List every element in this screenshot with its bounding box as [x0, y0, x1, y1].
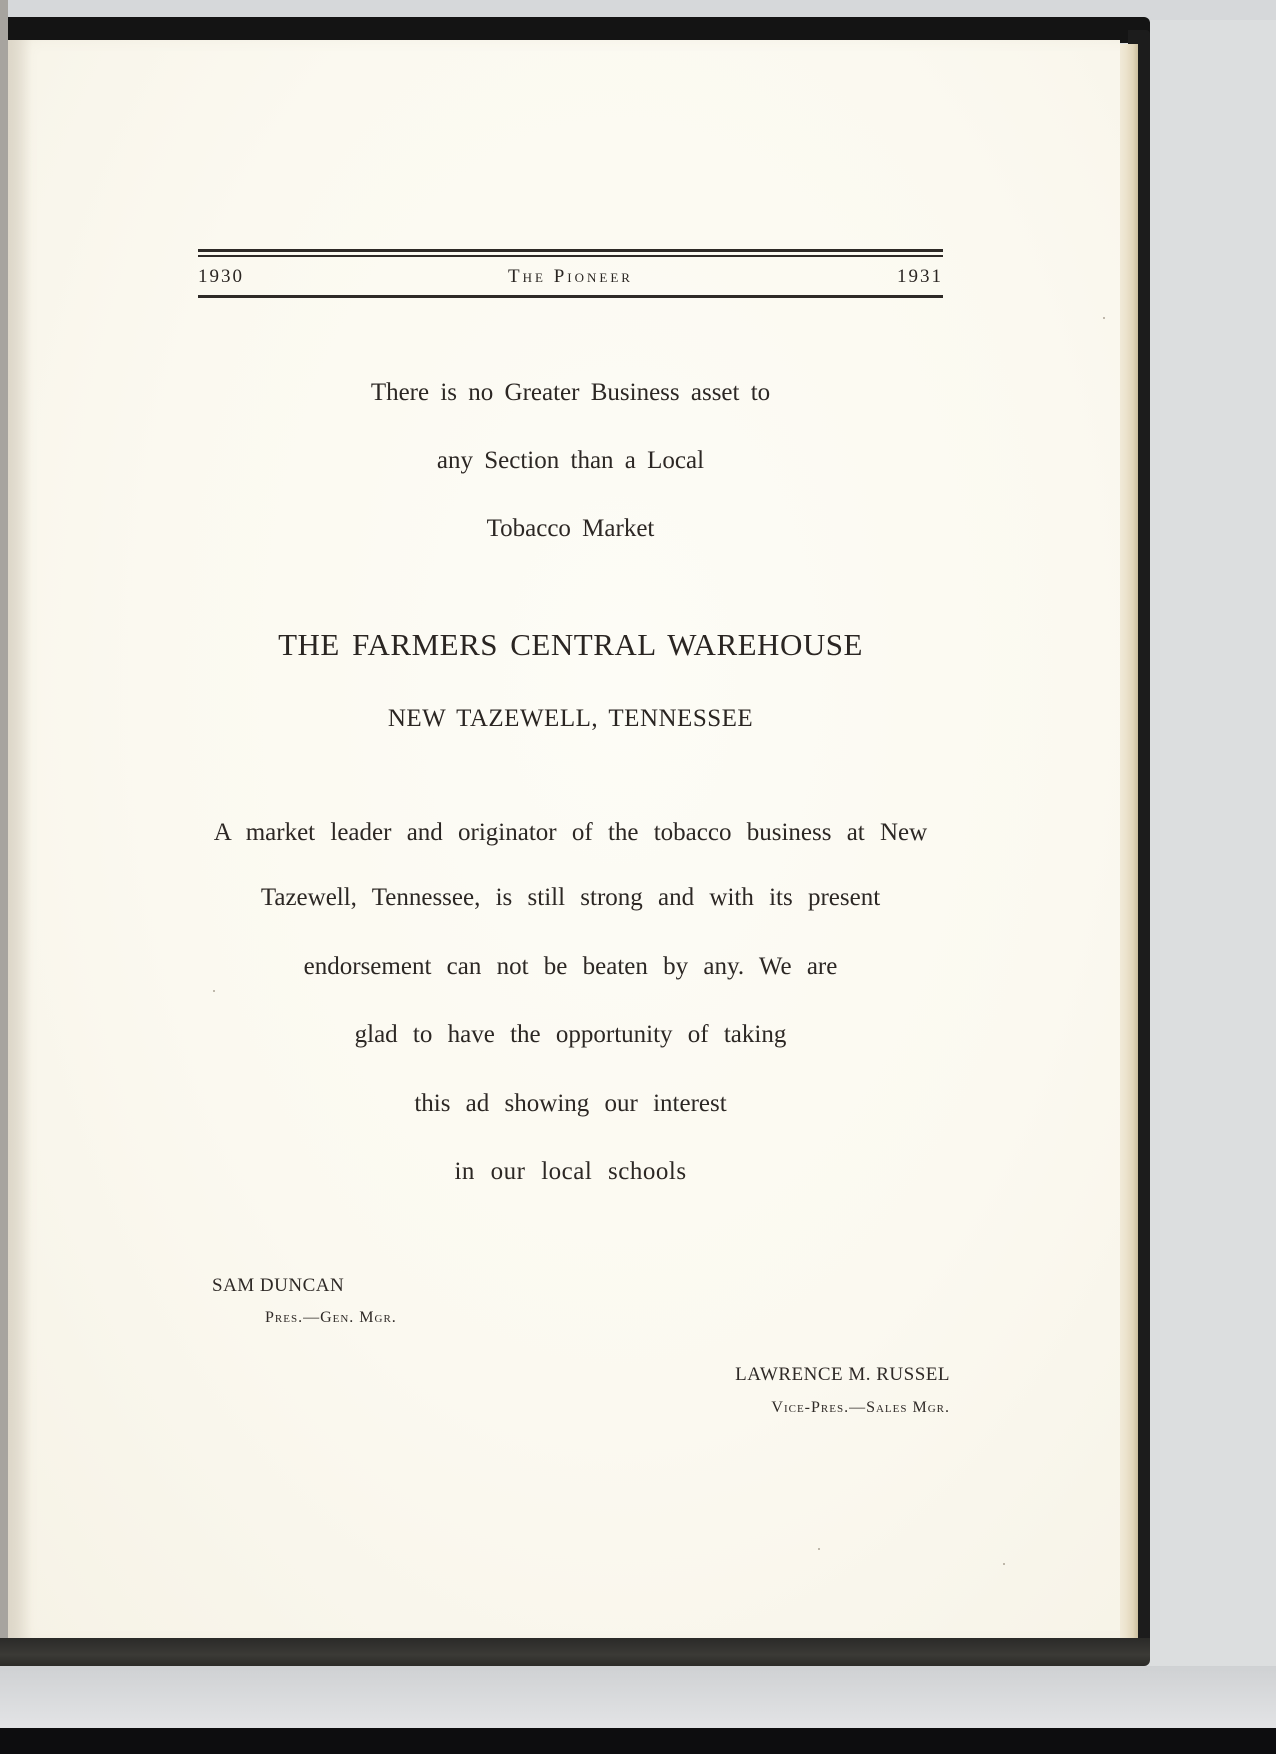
signatory-title: Pres.—Gen. Mgr.	[265, 1309, 397, 1327]
body-line: endorsement can not be beaten by any. We…	[0, 953, 1141, 981]
advertiser-location: NEW TAZEWELL, TENNESSEE	[0, 705, 1141, 733]
paper-speck	[1003, 1563, 1005, 1565]
signatory-name: SAM DUNCAN	[212, 1275, 344, 1297]
binding-left-strip	[0, 0, 8, 1754]
intro-line: There is no Greater Business asset to	[0, 379, 1141, 407]
paper-speck	[213, 990, 215, 992]
scanner-edge-bottom	[0, 1728, 1276, 1754]
intro-line: Tobacco Market	[0, 515, 1141, 543]
body-line: this ad showing our interest	[0, 1090, 1141, 1118]
signatory-title: Vice-Pres.—Sales Mgr.	[771, 1399, 950, 1417]
header-publication-title: The Pioneer	[0, 266, 1141, 288]
paper-speck	[1103, 317, 1105, 319]
scanner-background-bottom	[0, 1666, 1276, 1730]
book-cover-bottom-edge	[0, 1638, 1150, 1666]
advertiser-name: THE FARMERS CENTRAL WAREHOUSE	[0, 627, 1141, 663]
body-line: glad to have the opportunity of taking	[0, 1021, 1141, 1049]
body-line: in our local schools	[0, 1158, 1141, 1186]
body-line: A market leader and originator of the to…	[0, 819, 1141, 847]
body-line: Tazewell, Tennessee, is still strong and…	[0, 884, 1141, 912]
header-rule-top	[198, 249, 943, 252]
signatory-name: LAWRENCE M. RUSSEL	[735, 1364, 950, 1386]
header-rule-bottom	[198, 295, 943, 298]
paper-speck	[818, 1548, 820, 1550]
intro-line: any Section than a Local	[0, 447, 1141, 475]
header-rule-top-second	[198, 255, 943, 257]
header-year-right: 1931	[897, 266, 943, 288]
